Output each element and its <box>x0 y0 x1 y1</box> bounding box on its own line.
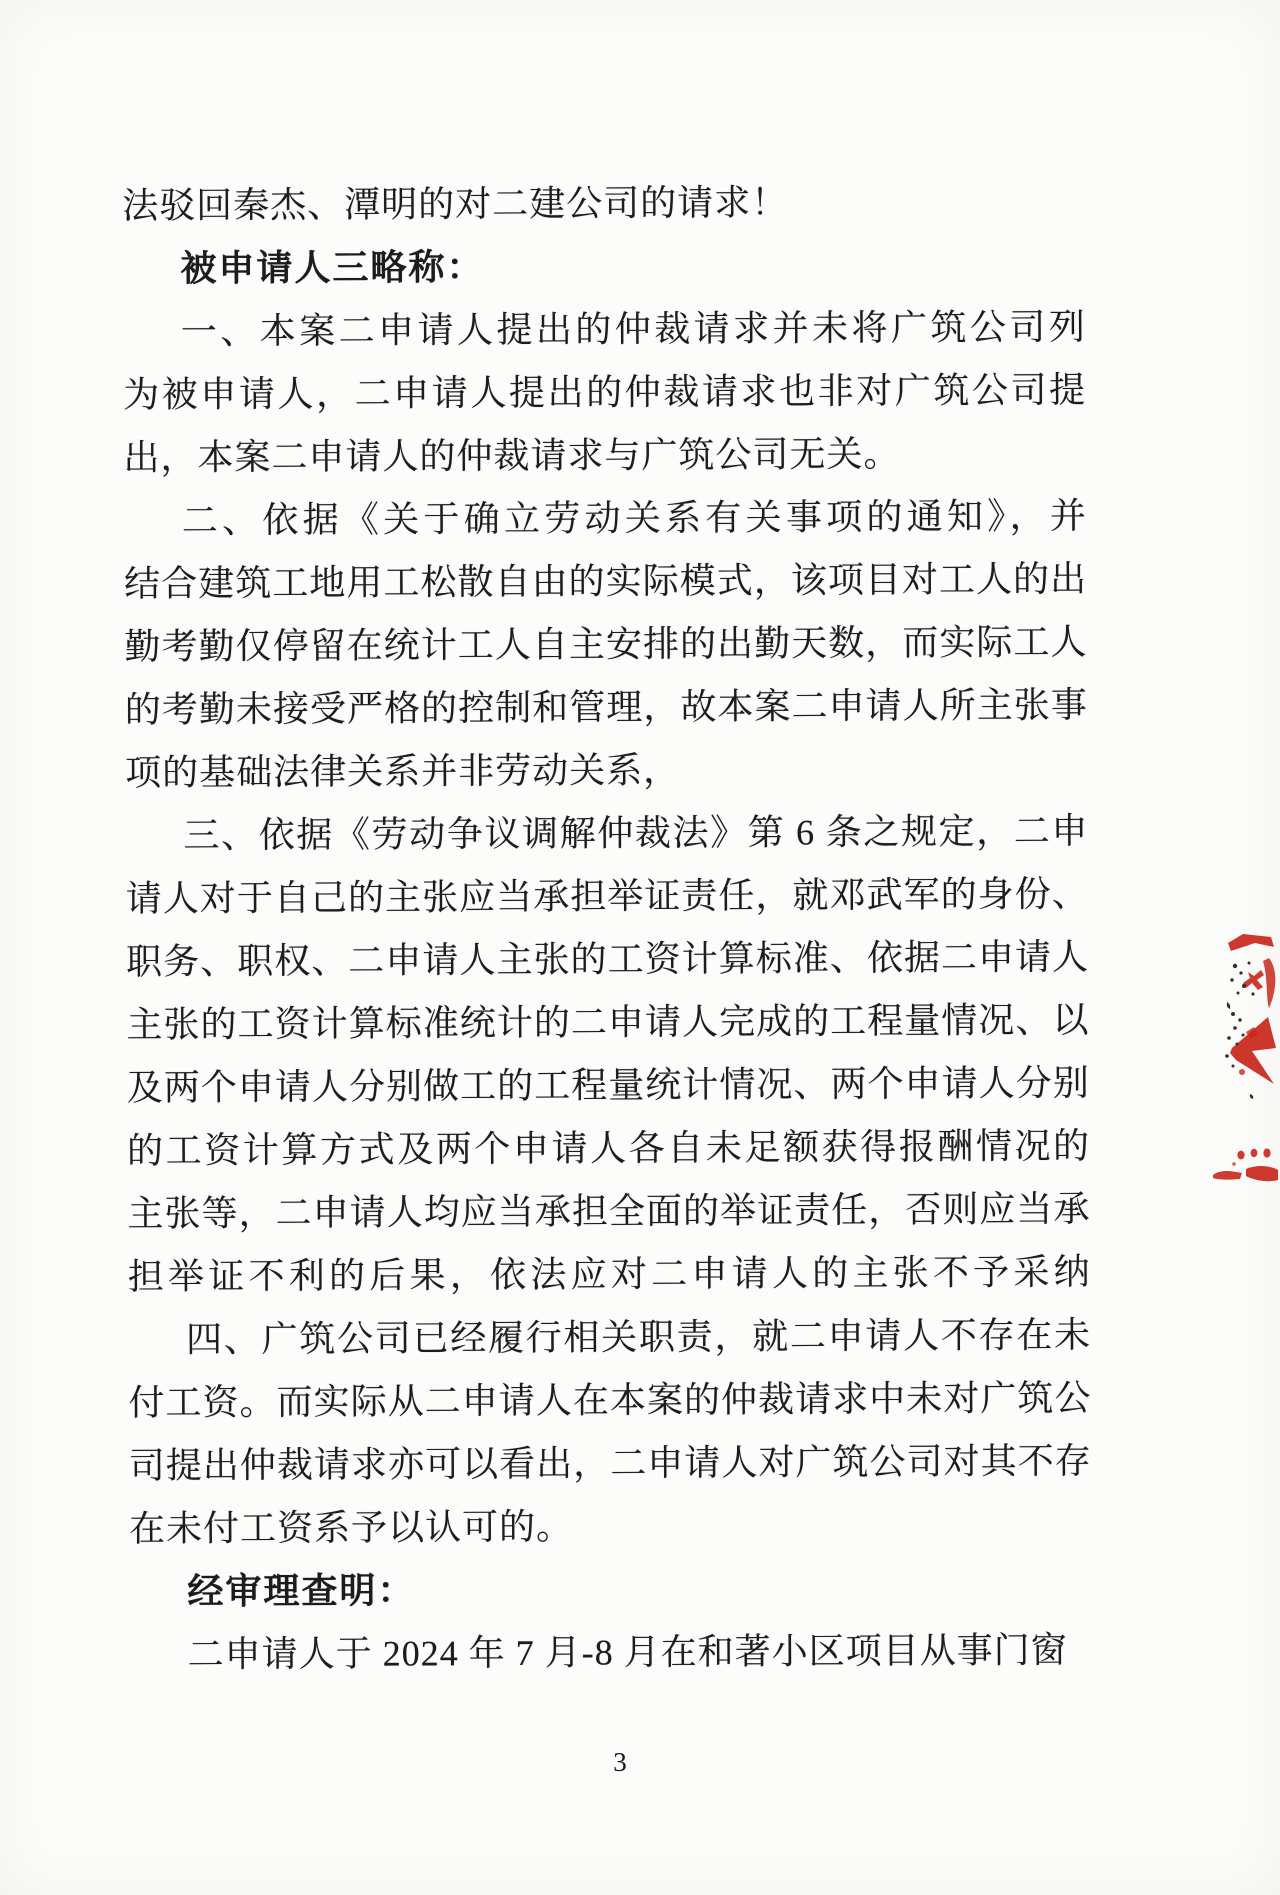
text-line: 付工资。而实际从二申请人在本案的仲裁请求中未对广筑公 <box>128 1367 1091 1435</box>
text-line: 及两个申请人分别做工的工程量统计情况、两个申请人分别 <box>127 1052 1090 1120</box>
text-line: 的考勤未接受严格的控制和管理，故本案二申请人所主张事 <box>125 674 1088 742</box>
text-line: 主张的工资计算标准统计的二申请人完成的工程量情况、以 <box>126 989 1089 1057</box>
text-line: 结合建筑工地用工松散自由的实际模式，该项目对工人的出 <box>124 548 1087 616</box>
text-line: 四、广筑公司已经履行相关职责，就二申请人不存在未 <box>128 1304 1091 1372</box>
text-line: 项的基础法律关系并非劳动关系， <box>125 737 1088 805</box>
text-line: 三、依据《劳动争议调解仲裁法》第 6 条之规定，二申 <box>125 800 1088 868</box>
text-line: 的工资计算方式及两个申请人各自未足额获得报酬情况的 <box>127 1115 1090 1183</box>
text-line: 职务、职权、二申请人主张的工资计算标准、依据二申请人 <box>126 926 1089 994</box>
text-line: 勤考勤仅停留在统计工人自主安排的出勤天数，而实际工人 <box>124 611 1087 679</box>
section-heading-line: 被申请人三略称： <box>122 233 1085 301</box>
text-line: 出，本案二申请人的仲裁请求与广筑公司无关。 <box>123 422 1086 490</box>
text-line: 司提出仲裁请求亦可以看出，二申请人对广筑公司对其不存 <box>129 1430 1092 1498</box>
text-line: 担举证不利的后果，依法应对二申请人的主张不予采纳 <box>128 1241 1091 1309</box>
page-number: 3 <box>600 1745 640 1779</box>
red-stamp-fragment-bottom <box>1210 1146 1280 1188</box>
text-line: 法驳回秦杰、潭明的对二建公司的请求！ <box>122 170 1085 238</box>
text-line: 主张等，二申请人均应当承担全面的举证责任，否则应当承 <box>127 1178 1090 1246</box>
section-heading-line: 经审理查明： <box>129 1556 1092 1624</box>
text-line: 一、本案二申请人提出的仲裁请求并未将广筑公司列 <box>123 296 1086 364</box>
scanned-document-page: 法驳回秦杰、潭明的对二建公司的请求！被申请人三略称：一、本案二申请人提出的仲裁请… <box>0 0 1280 1895</box>
red-stamp-fragment-middle <box>1220 1008 1280 1100</box>
text-line: 请人对于自己的主张应当承担举证责任，就邓武军的身份、 <box>126 863 1089 931</box>
text-line: 二申请人于 2024 年 7 月-8 月在和著小区项目从事门窗 <box>130 1619 1093 1687</box>
red-stamp-fragment-top <box>1224 928 1280 1013</box>
text-line: 二、依据《关于确立劳动关系有关事项的通知》，并 <box>124 485 1087 553</box>
document-text-block: 法驳回秦杰、潭明的对二建公司的请求！被申请人三略称：一、本案二申请人提出的仲裁请… <box>122 170 1093 1687</box>
text-line: 为被申请人，二申请人提出的仲裁请求也非对广筑公司提 <box>123 359 1086 427</box>
text-line: 在未付工资系予以认可的。 <box>129 1493 1092 1561</box>
